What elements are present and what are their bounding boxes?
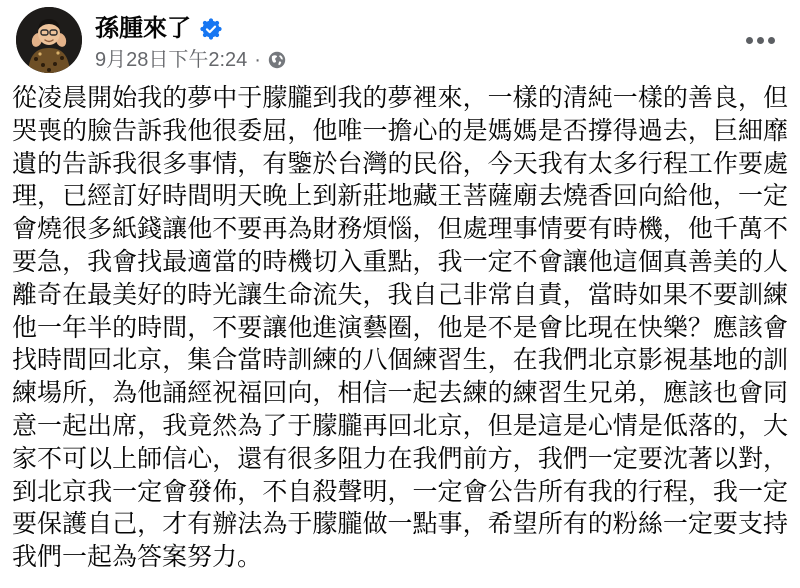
post-body-text: 從凌晨開始我的夢中于朦朧到我的夢裡來，一樣的清純一樣的善良，但哭喪的臉告訴我他很… — [0, 73, 800, 574]
meta-separator: · — [254, 48, 261, 72]
avatar[interactable] — [16, 7, 82, 73]
verified-badge-icon — [200, 18, 222, 40]
author-row: 孫腫來了 — [95, 15, 286, 43]
facebook-post: 孫腫來了 — [0, 0, 800, 588]
post-header: 孫腫來了 — [0, 0, 800, 73]
more-options-button[interactable] — [738, 26, 782, 54]
author-name[interactable]: 孫腫來了 — [95, 15, 191, 43]
ellipsis-icon — [757, 37, 764, 44]
post-timestamp[interactable]: 9月28日下午2:24 — [95, 48, 247, 72]
ellipsis-icon — [768, 37, 775, 44]
header-info: 孫腫來了 — [95, 7, 286, 72]
ellipsis-icon — [746, 37, 753, 44]
globe-icon — [268, 51, 286, 69]
avatar-photo — [16, 7, 82, 73]
meta-row: 9月28日下午2:24 · — [95, 48, 286, 72]
